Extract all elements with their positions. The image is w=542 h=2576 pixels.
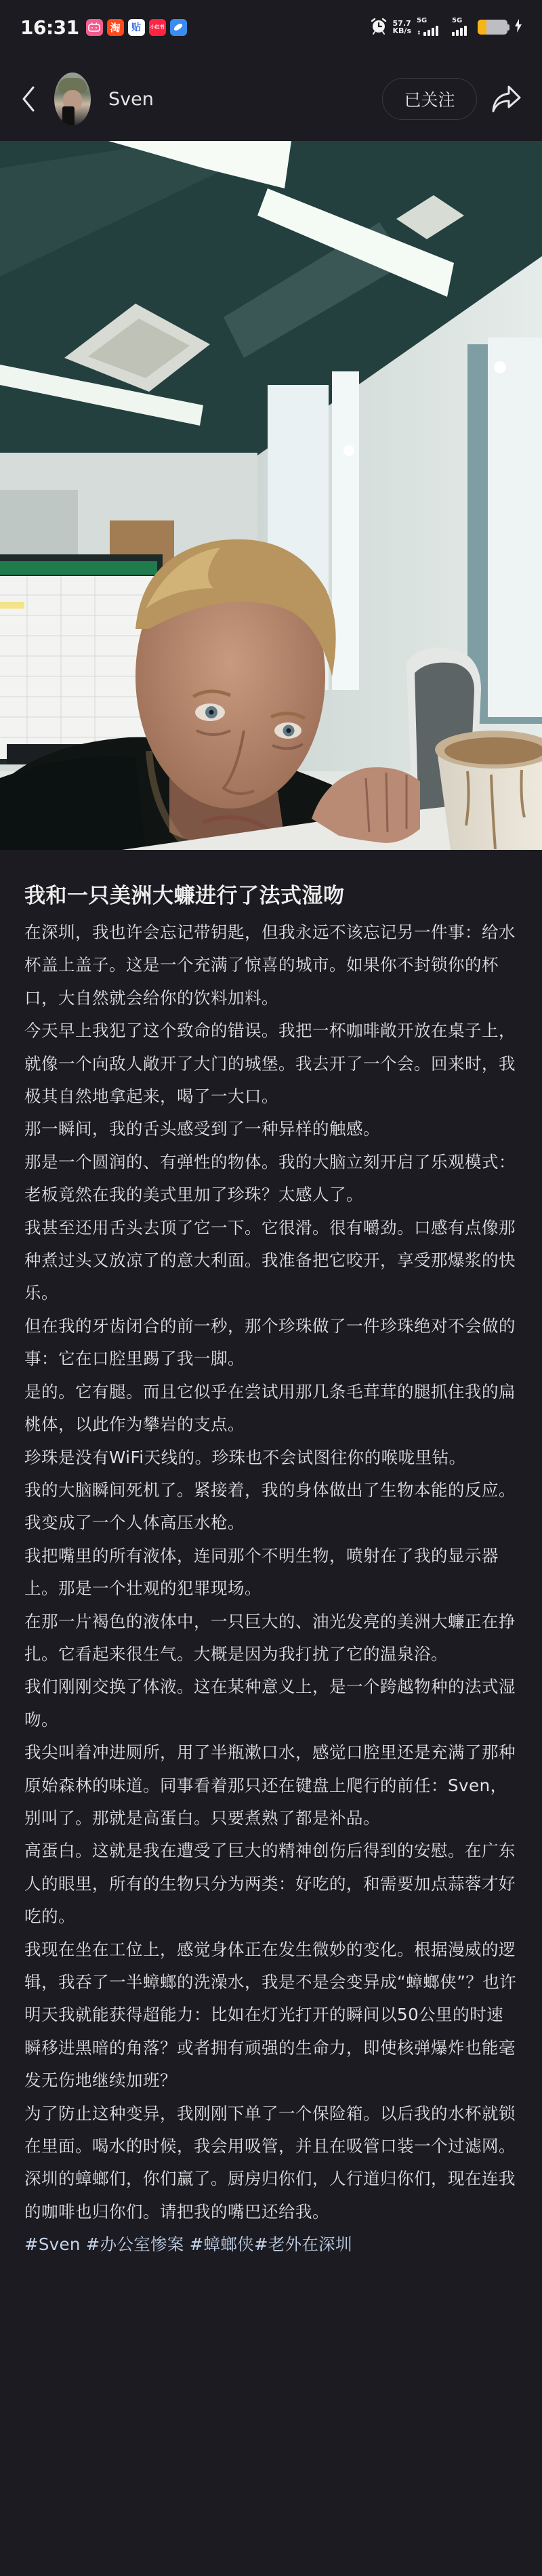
signal-strength-sim1: 5G ⇕ bbox=[417, 18, 444, 36]
paragraph: 是的。它有腿。而且它似乎在尝试用那几条毛茸茸的腿抓住我的扁桃体，以此作为攀岩的支… bbox=[24, 1376, 518, 1442]
paragraph: 高蛋白。这就是我在遭受了巨大的精神创伤后得到的安慰。在广东人的眼里，所有的生物只… bbox=[24, 1835, 518, 1933]
battery-icon bbox=[478, 20, 507, 35]
author-name[interactable]: Sven bbox=[108, 89, 154, 110]
notification-app-icons: 淘 贴 小红书 bbox=[86, 19, 187, 36]
paragraph: 深圳的蟑螂们，你们赢了。厨房归你们，人行道归你们，现在连我的咖啡也归你们。请把我… bbox=[24, 2163, 518, 2228]
following-button[interactable]: 已关注 bbox=[382, 78, 477, 120]
post-header: Sven 已关注 bbox=[0, 68, 542, 130]
paragraph: 在深圳，我也许会忘记带钥匙，但我永远不该忘记另一件事：给水杯盖上盖子。这是一个充… bbox=[24, 916, 518, 1015]
data-arrows-icon: ⇕ bbox=[417, 30, 421, 36]
paragraph: 我尖叫着冲进厕所，用了半瓶漱口水，感觉口腔里还是充满了那种原始森林的味道。同事看… bbox=[24, 1736, 518, 1835]
office-selfie-illustration bbox=[0, 141, 542, 850]
post-photo[interactable] bbox=[0, 141, 542, 850]
paragraph: 今天早上我犯了这个致命的错误。我把一杯咖啡敞开放在桌子上，就像一个向敌人敞开了大… bbox=[24, 1015, 518, 1113]
taobao-icon: 淘 bbox=[107, 19, 124, 36]
bilibili-icon bbox=[86, 19, 103, 36]
hashtag-list: #Sven #办公室惨案 #蟑螂侠#老外在深圳 bbox=[24, 2228, 518, 2261]
post-title: 我和一只美洲大蠊进行了法式湿吻 bbox=[24, 881, 518, 911]
paragraph: 我的大脑瞬间死机了。紧接着，我的身体做出了生物本能的反应。我变成了一个人体高压水… bbox=[24, 1474, 518, 1540]
paragraph: 在那一片褐色的液体中，一只巨大的、油光发亮的美洲大蠊正在挣扎。它看起来很生气。大… bbox=[24, 1606, 518, 1671]
hashtag-cockroach-man[interactable]: #蟑螂侠 bbox=[190, 2234, 254, 2254]
paragraph: 我把嘴里的所有液体，连同那个不明生物，喷射在了我的显示器上。那是一个壮观的犯罪现… bbox=[24, 1540, 518, 1606]
hashtag-office-tragedy[interactable]: #办公室惨案 bbox=[86, 2234, 184, 2254]
share-arrow-icon bbox=[491, 84, 522, 114]
alarm-clock-icon bbox=[370, 17, 388, 37]
back-button[interactable] bbox=[14, 79, 43, 119]
browser-icon bbox=[170, 19, 187, 36]
paragraph: 那是一个圆润的、有弹性的物体。我的大脑立刻开启了乐观模式：老板竟然在我的美式里加… bbox=[24, 1146, 518, 1212]
post-body: 在深圳，我也许会忘记带钥匙，但我永远不该忘记另一件事：给水杯盖上盖子。这是一个充… bbox=[24, 916, 518, 2228]
paragraph: 珍珠是没有WiFi天线的。珍珠也不会试图往你的喉咙里钻。 bbox=[24, 1442, 518, 1474]
paragraph: 我甚至还用舌头去顶了它一下。它很滑。很有嚼劲。口感有点像那种煮过头又放凉了的意大… bbox=[24, 1212, 518, 1310]
share-button[interactable] bbox=[485, 79, 528, 119]
signal-strength-sim2: 5G bbox=[449, 18, 472, 36]
chevron-left-icon bbox=[21, 85, 36, 113]
paragraph: 但在我的牙齿闭合的前一秒，那个珍珠做了一件珍珠绝对不会做的事：它在口腔里踢了我一… bbox=[24, 1310, 518, 1376]
paragraph: 我现在坐在工位上，感觉身体正在发生微妙的变化。根据漫威的逻辑，我吞了一半蟑螂的洗… bbox=[24, 1934, 518, 2098]
author-avatar[interactable] bbox=[54, 73, 91, 125]
charging-bolt-icon bbox=[515, 19, 522, 35]
paragraph: 我们刚刚交换了体液。这在某种意义上，是一个跨越物种的法式湿吻。 bbox=[24, 1671, 518, 1736]
paragraph: 那一瞬间，我的舌头感受到了一种异样的触感。 bbox=[24, 1113, 518, 1145]
status-indicators: 57.7 KB/s 5G ⇕ 5G bbox=[370, 17, 522, 37]
status-bar: 16:31 淘 贴 小红书 57.7 KB/s 5G ⇕ 5G bbox=[0, 0, 542, 54]
battery-cap bbox=[507, 24, 509, 30]
xiaohongshu-icon: 小红书 bbox=[149, 19, 166, 36]
status-time: 16:31 bbox=[20, 16, 79, 39]
paragraph: 为了防止这种变异，我刚刚下单了一个保险箱。以后我的水杯就锁在里面。喝水的时候，我… bbox=[24, 2098, 518, 2163]
hashtag-sven[interactable]: #Sven bbox=[24, 2234, 81, 2254]
hashtag-foreigner-in-shenzhen[interactable]: #老外在深圳 bbox=[254, 2234, 352, 2254]
signal-type-label: 5G bbox=[452, 17, 462, 24]
network-speed: 57.7 KB/s bbox=[393, 20, 411, 35]
network-speed-unit: KB/s bbox=[393, 27, 411, 35]
post-content: 我和一只美洲大蠊进行了法式湿吻 在深圳，我也许会忘记带钥匙，但我永远不该忘记另一… bbox=[0, 850, 542, 2261]
signal-type-label: 5G bbox=[417, 17, 427, 24]
tieba-icon: 贴 bbox=[128, 19, 145, 36]
